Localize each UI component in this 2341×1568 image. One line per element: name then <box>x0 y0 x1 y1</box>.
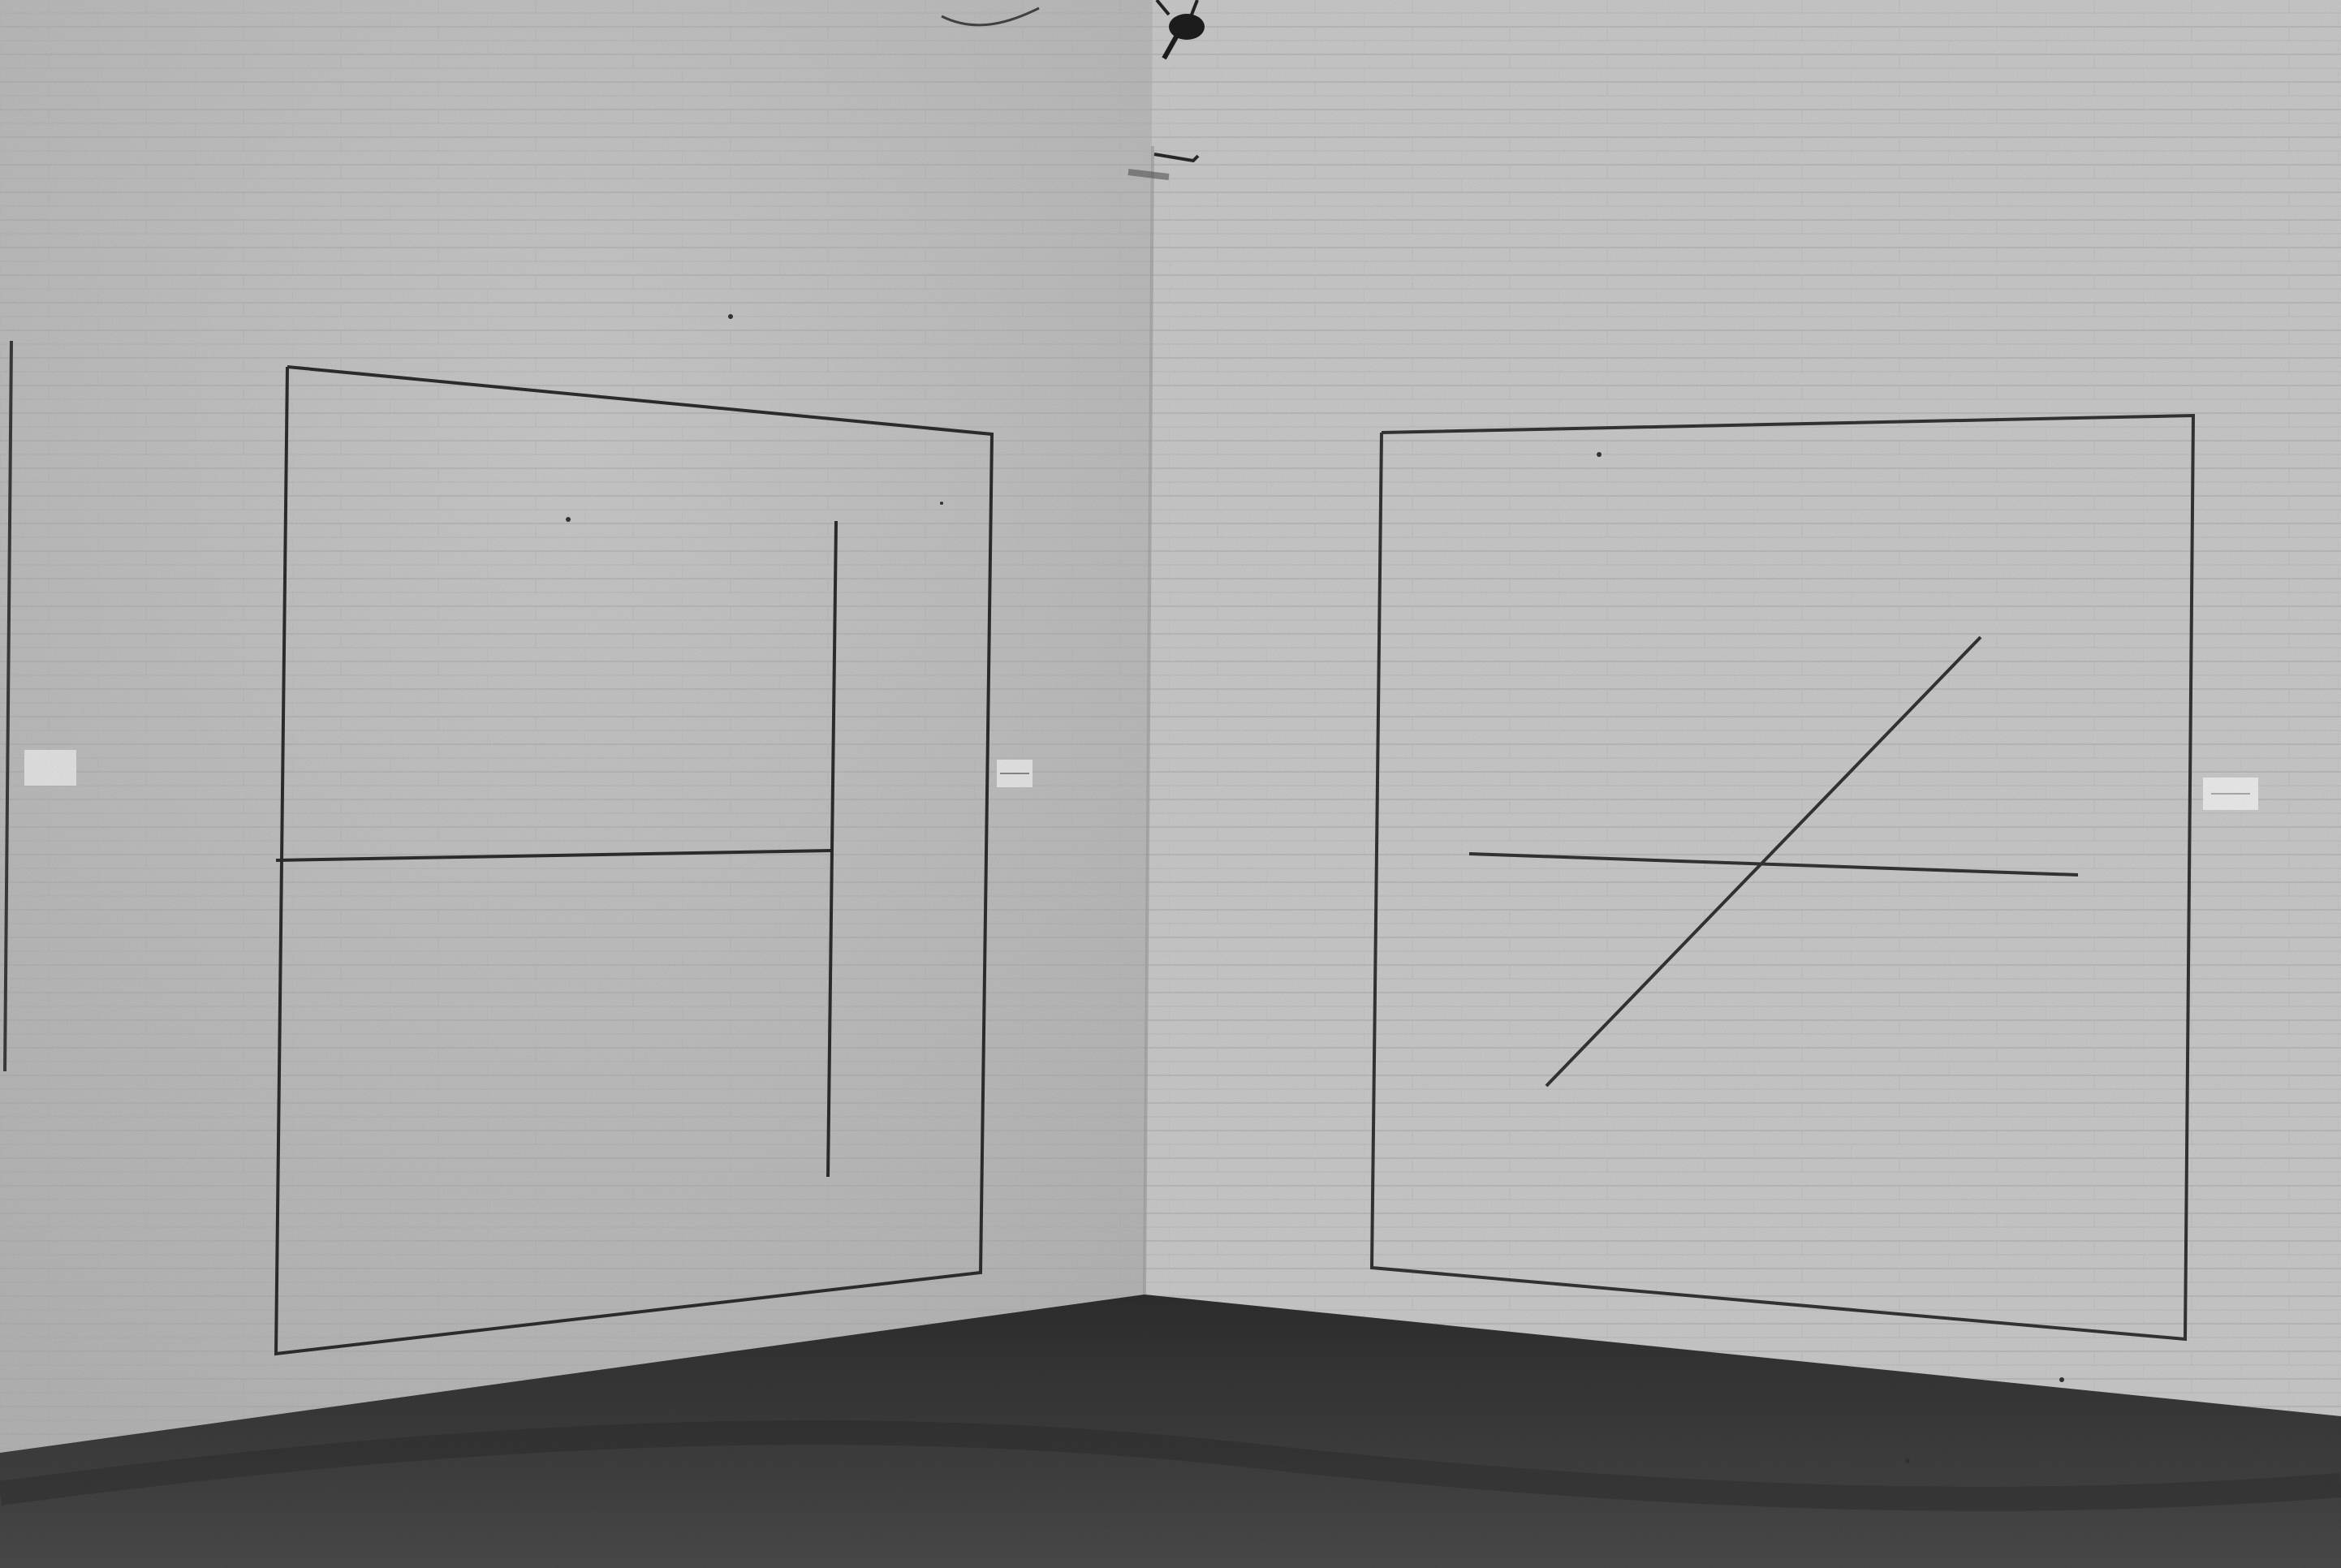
photo-canvas <box>0 0 2341 1568</box>
far-left-label <box>24 750 76 786</box>
gallery-photo <box>0 0 2341 1568</box>
